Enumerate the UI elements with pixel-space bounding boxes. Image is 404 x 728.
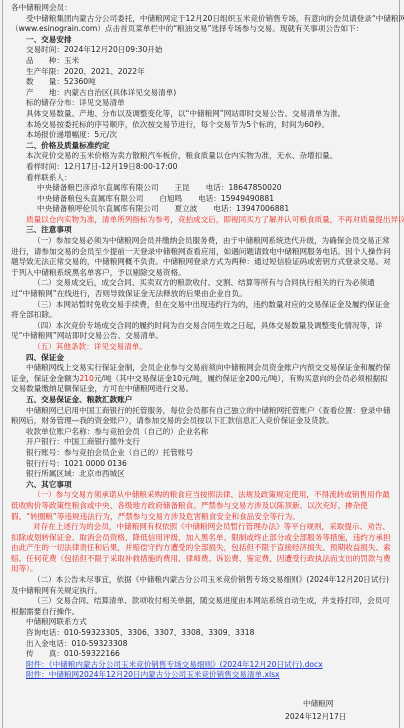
field-value: 2020、2021、2022年 <box>64 67 145 76</box>
field-label: 品 种： <box>26 56 64 65</box>
contact-phone: 电话：15949490881 <box>198 194 274 203</box>
contact-company: 中央储备粮呼伦贝尔直属库有限公司 <box>37 204 159 213</box>
contact-row: 中央储备粮呼伦贝尔直属库有限公司夏立波电话：13947006881 <box>11 204 391 215</box>
signature-date: 2024年12月17日 <box>285 711 346 722</box>
custody-text: 中储粮网已启用中国工商银行的托管服务，每位会员都有自己独立的中储粮网托管账户（查… <box>11 406 391 427</box>
contact-title: 中储粮网联系方式 <box>11 617 391 628</box>
viewing-time: 看样时间：12月17日-12月19日8:00-17:00 <box>11 162 391 173</box>
section-6-title: 六、其它事项 <box>11 480 391 491</box>
section-2-title: 二、价格及质量标准约定 <box>11 141 391 152</box>
section-3-title: 三、注意事项 <box>11 225 391 236</box>
section-5-title: 五、交易保证金、粮款汇款账户 <box>11 395 391 406</box>
intro-line-1: 受中储粮集团内蒙古分公司委托，中储粮网定于12月20日组织玉米竞价销售专场，有意… <box>11 14 391 25</box>
field-value: 详见交易清单 <box>79 98 125 107</box>
notice-item-4: （四）本次竞价专场成交合同的履约时间为自交易合同生效之日起，具体交易数量及调整变… <box>11 321 391 342</box>
field-label: 生产年限： <box>26 67 64 76</box>
contact-name: 王昆 <box>175 183 190 192</box>
contact-row: 中央储备粮包头直属库有限公司白旭鸣电话：15949490881 <box>11 194 391 205</box>
deposit-amount: 210 <box>79 374 94 383</box>
field-label: 数 量： <box>26 77 64 86</box>
bank-region: 银行所属区域：北京市西城区 <box>11 469 391 480</box>
section-1-title: 一、交易安排 <box>11 35 391 46</box>
field-origin: 产 地：内蒙古自治区(具体详见交易清单) <box>11 88 391 99</box>
intro-line-2: （www.esinograin.com）点击首页菜单栏中的“粮油交易”选择专场参… <box>11 24 391 35</box>
contact-row: 中央储备粮巴彦淖尔直属库有限公司王昆电话：18647850020 <box>11 183 391 194</box>
contact-phone: 电话：13947006881 <box>213 204 289 213</box>
field-variety: 品 种：玉米 <box>11 56 391 67</box>
field-production-year: 生产年限：2020、2021、2022年 <box>11 67 391 78</box>
fax: 传 真：010-59322166 <box>11 649 391 660</box>
bank-name: 开户银行：中国工商银行德外支行 <box>11 437 391 448</box>
note-1: 具体交易数量、产地、分布以及调整变化等，以“中储粮网”网站即时交易公告、交易清单… <box>11 109 391 120</box>
section-4-title: 四、保证金 <box>11 353 391 364</box>
other-item-3: （三）交易合同、结算清单、款项收付相关单据，随交易进度由本网站系统自动生成，并支… <box>11 596 391 617</box>
note-3: 本场报价递增幅度：5元/次 <box>11 130 391 141</box>
other-item-1-penalty: 对存在上述行为的会员，中储粮网有权依照《中储粮网会员暂行管理办法》等平台规则，采… <box>11 522 391 575</box>
notice-item-3: （三）本网站暂时免收交易手续费，但在交易中出现违约行为的，违约数量对应的交易保证… <box>11 300 391 321</box>
contact-phone: 电话：18647850020 <box>206 183 282 192</box>
signature-org: 中储粮网 <box>303 698 333 709</box>
funds-phone: 出入金电话：010-59323308 <box>11 639 391 650</box>
notice-item-2: （二）交易成交后，成交合同、买卖双方的粮款收付、交割、结算等所有与合同执行相关的… <box>11 278 391 299</box>
field-label: 产 地： <box>26 88 64 97</box>
contact-name: 夏立波 <box>175 204 198 213</box>
field-label: 标的储存分布： <box>26 98 79 107</box>
field-storage: 标的储存分布：详见交易清单 <box>11 98 391 109</box>
notice-item-1: （一）参加交易必须为中储粮网会员并缴纳会员服务费，由于中储粮网系统迭代升级，为确… <box>11 236 391 278</box>
quality-warning: 质量以仓内实物为准，清单所列指标为参考，竞拍成交后，即视同买方了解并认可粮食质量… <box>11 215 391 226</box>
other-item-1: （一）参与交易方须承诺从中储粮采购的粮食应当按照法律、法规及政策规定使用，不得流… <box>11 490 391 522</box>
greeting: 各中储粮网会员： <box>11 3 391 14</box>
price-note: 本次竞价交易的玉米价格为卖方散粮汽车板价，粮食质量以仓内实物为准，无水、杂增扣量… <box>11 151 391 162</box>
consult-phone: 咨询电话：010-59323305、3306、3307、3308、3309、33… <box>11 628 391 639</box>
contact-label: 看样联系人： <box>11 173 391 184</box>
field-value: 玉米 <box>64 56 79 65</box>
deposit-text: 中储粮网线上交易实行保证金制，会员企业参与交易前须向中储粮网会员资金账户内预交交… <box>11 363 391 395</box>
announcement-panel: 各中储粮网会员： 受中储粮集团内蒙古分公司委托，中储粮网定于12月20日组织玉米… <box>2 0 400 728</box>
notice-item-5: （五）其他条款：详见交易清单。 <box>11 342 391 353</box>
bank-account: 银行账号：参与竞拍会员企业（自己的）托管账号 <box>11 448 391 459</box>
attachment-rules-docx[interactable]: 附件：《中储粮内蒙古分公司玉米竞价销售专场交易细则》(2024年12月20日试行… <box>26 660 323 669</box>
field-trade-time: 交易时间：2024年12月20日09:30开始 <box>11 45 391 56</box>
bank-code: 银行行号：1021 0000 0136 <box>11 459 391 470</box>
attachment-list-xlsx[interactable]: 附件：中储粮网2024年12月20日内蒙古分公司玉米竞价销售交易清单.xlsx <box>26 670 280 679</box>
field-label: 交易时间： <box>26 45 64 54</box>
contact-name: 白旭鸣 <box>159 194 182 203</box>
field-value: 内蒙古自治区(具体详见交易清单) <box>64 88 176 97</box>
field-value: 52360吨 <box>64 77 96 86</box>
contact-company: 中央储备粮包头直属库有限公司 <box>37 194 143 203</box>
field-value: 2024年12月20日09:30开始 <box>64 45 163 54</box>
other-item-2: （二）本公告未尽事宜，依据《中储粮内蒙古分公司玉米竞价销售专场交易细则》(202… <box>11 575 391 596</box>
field-quantity: 数 量：52360吨 <box>11 77 391 88</box>
note-2: 本场交易按委托标的序号顺序，依次按交易节进行，每个交易节为5个标的，时间为60秒… <box>11 120 391 131</box>
account-name: 收款单位账户名称：参与竞拍会员（自己的）企业名称 <box>11 427 391 438</box>
contact-company: 中央储备粮巴彦淖尔直属库有限公司 <box>37 183 159 192</box>
